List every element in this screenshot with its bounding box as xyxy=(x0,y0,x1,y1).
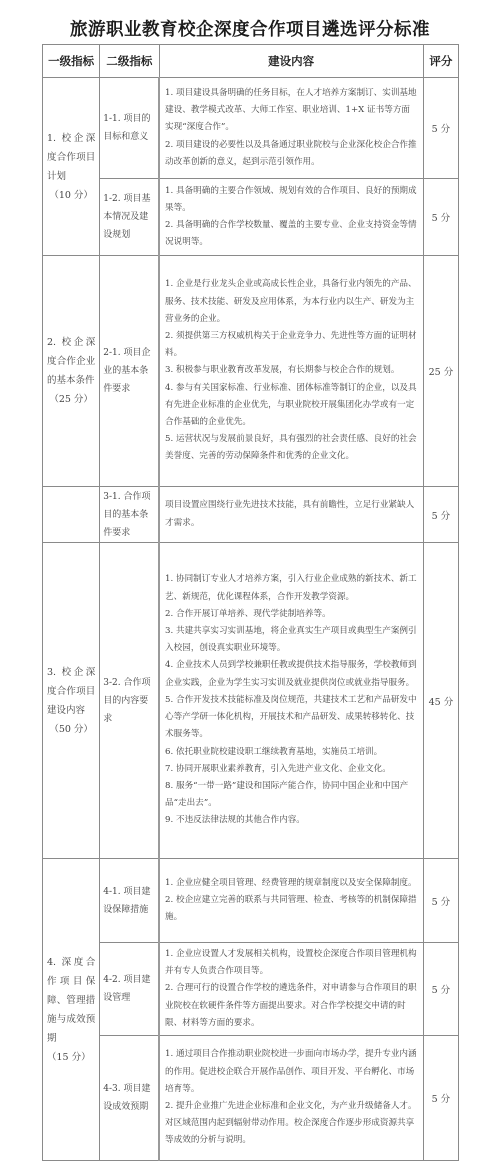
table-row: 4. 深度合作项目保障、管理措施与成效预期 （15 分） 4-1. 项目建设保障… xyxy=(43,859,459,943)
content-cell: 1. 企业应设置人才发展相关机构，设置校企深度合作项目管理机构并有专人负责合作项… xyxy=(159,943,423,1036)
content-item: 1. 企业应设置人才发展相关机构，设置校企深度合作项目管理机构并有专人负责合作项… xyxy=(165,946,418,980)
content-cell: 1. 企业应健全项目管理、经费管理的规章制度以及安全保障制度。 2. 校企应建立… xyxy=(159,859,423,943)
score-cell: 45 分 xyxy=(423,543,458,859)
header-level2: 二级指标 xyxy=(100,45,159,78)
content-cell: 1. 企业是行业龙头企业或高成长性企业，具备行业内领先的产品、服务、技术技能、研… xyxy=(159,256,423,487)
content-item: 4. 企业技术人员到学校兼职任教或提供技术指导服务，学校教师到企业实践，企业为学… xyxy=(165,657,418,691)
content-item: 2. 校企应建立完善的联系与共同管理、检查、考核等的机制保障措施。 xyxy=(165,892,418,926)
level2-cell: 4-1. 项目建设保障措施 xyxy=(100,859,159,943)
content-item: 1. 企业是行业龙头企业或高成长性企业，具备行业内领先的产品、服务、技术技能、研… xyxy=(165,276,418,328)
table-row: 4-3. 项目建设成效预期 1. 通过项目合作推动职业院校进一步面向市场办学，提… xyxy=(43,1036,459,1161)
level2-cell: 3-2. 合作项目的内容要求 xyxy=(100,543,159,859)
content-item: 2. 须提供第三方权威机构关于企业竞争力、先进性等方面的证明材料。 xyxy=(165,328,418,362)
content-cell: 项目设置应围绕行业先进技术技能，具有前瞻性，立足行业紧缺人才需求。 xyxy=(159,487,423,543)
score-cell: 5 分 xyxy=(423,78,458,179)
table-row: 2. 校企深度合作企业的基本条件 （25 分） 2-1. 项目企业的基本条件要求… xyxy=(43,256,459,487)
content-item: 9. 不违反法律法规的其他合作内容。 xyxy=(165,812,418,829)
scoring-table: 一级指标 二级指标 建设内容 评分 1. 校企深度合作项目计划 （10 分） 1… xyxy=(42,44,459,1161)
content-item: 2. 合理可行的设置合作学校的遴选条件，对申请参与合作项目的职业院校在软硬件条件… xyxy=(165,980,418,1032)
content-cell: 1. 项目建设具备明确的任务目标，在人才培养方案制订、实训基地建设、教学模式改革… xyxy=(159,78,423,179)
level1-label: 2. 校企深度合作企业的基本条件 xyxy=(47,333,95,390)
content-item: 2. 合作开展订单培养、现代学徒制培养等。 xyxy=(165,606,418,623)
content-item: 6. 依托职业院校建设职工继续教育基地，实施员工培训。 xyxy=(165,744,418,761)
level1-points: （15 分） xyxy=(47,1048,95,1067)
score-cell: 25 分 xyxy=(423,256,458,487)
level2-cell: 3-1. 合作项目的基本条件要求 xyxy=(100,487,159,543)
table-row: 1. 校企深度合作项目计划 （10 分） 1-1. 项目的目标和意义 1. 项目… xyxy=(43,78,459,179)
content-cell: 1. 协同制订专业人才培养方案，引入行业企业成熟的新技术、新工艺、新规范，优化课… xyxy=(159,543,423,859)
level1-cell: 4. 深度合作项目保障、管理措施与成效预期 （15 分） xyxy=(43,859,100,1161)
header-score: 评分 xyxy=(423,45,458,78)
content-item: 1. 协同制订专业人才培养方案，引入行业企业成熟的新技术、新工艺、新规范，优化课… xyxy=(165,571,418,605)
content-item: 1. 具备明确的主要合作领域、规划有效的合作项目、良好的预期成果等。 xyxy=(165,183,418,217)
level1-points: （50 分） xyxy=(47,720,95,739)
header-content: 建设内容 xyxy=(159,45,423,78)
level1-label: 1. 校企深度合作项目计划 xyxy=(47,129,95,186)
content-item: 1. 项目建设具备明确的任务目标，在人才培养方案制订、实训基地建设、教学模式改革… xyxy=(165,85,418,137)
score-cell: 5 分 xyxy=(423,859,458,943)
content-item: 7. 协同开展职业素养教育，引入先进产业文化、企业文化。 xyxy=(165,761,418,778)
level2-cell: 4-3. 项目建设成效预期 xyxy=(100,1036,159,1161)
content-item: 8. 服务“一带一路”建设和国际产能合作，协同中国企业和中国产品“走出去”。 xyxy=(165,778,418,812)
level1-points: （10 分） xyxy=(47,186,95,205)
content-item: 2. 提升企业推广先进企业标准和企业文化，为产业升级储备人才。对区域范围内起到辐… xyxy=(165,1098,418,1150)
level2-cell: 2-1. 项目企业的基本条件要求 xyxy=(100,256,159,487)
score-cell: 5 分 xyxy=(423,943,458,1036)
content-item: 4. 参与有关国家标准、行业标准、团体标准等制订的企业，以及具有先进企业标准的企… xyxy=(165,380,418,432)
level1-label: 4. 深度合作项目保障、管理措施与成效预期 xyxy=(47,953,95,1048)
score-cell: 5 分 xyxy=(423,179,458,256)
level2-cell: 4-2. 项目建设管理 xyxy=(100,943,159,1036)
level2-cell: 1-1. 项目的目标和意义 xyxy=(100,78,159,179)
content-cell: 1. 通过项目合作推动职业院校进一步面向市场办学，提升专业内涵的作用。促进校企联… xyxy=(159,1036,423,1161)
score-cell: 5 分 xyxy=(423,487,458,543)
content-cell: 1. 具备明确的主要合作领域、规划有效的合作项目、良好的预期成果等。 2. 具备… xyxy=(159,179,423,256)
level1-points: （25 分） xyxy=(47,390,95,409)
document-title: 旅游职业教育校企深度合作项目遴选评分标准 xyxy=(0,16,500,41)
level1-cell: 1. 校企深度合作项目计划 （10 分） xyxy=(43,78,100,256)
table-row: 4-2. 项目建设管理 1. 企业应设置人才发展相关机构，设置校企深度合作项目管… xyxy=(43,943,459,1036)
content-item: 1. 通过项目合作推动职业院校进一步面向市场办学，提升专业内涵的作用。促进校企联… xyxy=(165,1046,418,1098)
score-cell: 5 分 xyxy=(423,1036,458,1161)
header-level1: 一级指标 xyxy=(43,45,100,78)
table-header-row: 一级指标 二级指标 建设内容 评分 xyxy=(43,45,459,78)
content-item: 2. 具备明确的合作学校数量、覆盖的主要专业、企业支持资金等情况说明等。 xyxy=(165,217,418,251)
content-item: 3. 共建共享实习实训基地，将企业真实生产项目或典型生产案例引入校园，创设真实职… xyxy=(165,623,418,657)
content-item: 5. 运营状况与发展前景良好，具有强烈的社会责任感、良好的社会美誉度、完善的劳动… xyxy=(165,431,418,465)
content-item: 5. 合作开发技术技能标准及岗位规范，共建技术工艺和产品研发中心等产学研一体化机… xyxy=(165,692,418,744)
table-row: 3. 校企深度合作项目建设内容 （50 分） 3-2. 合作项目的内容要求 1.… xyxy=(43,543,459,859)
level1-cell-empty xyxy=(43,487,100,543)
table-row: 3-1. 合作项目的基本条件要求 项目设置应围绕行业先进技术技能，具有前瞻性，立… xyxy=(43,487,459,543)
content-item: 项目设置应围绕行业先进技术技能，具有前瞻性，立足行业紧缺人才需求。 xyxy=(165,497,418,531)
content-item: 3. 积极参与职业教育改革发展，有长期参与校企合作的规划。 xyxy=(165,362,418,379)
level2-cell: 1-2. 项目基本情况及建设规划 xyxy=(100,179,159,256)
level1-cell: 3. 校企深度合作项目建设内容 （50 分） xyxy=(43,543,100,859)
content-item: 2. 项目建设的必要性以及具备通过职业院校与企业深化校企合作推动改革创新的意义，… xyxy=(165,137,418,171)
table-row: 1-2. 项目基本情况及建设规划 1. 具备明确的主要合作领域、规划有效的合作项… xyxy=(43,179,459,256)
level1-label: 3. 校企深度合作项目建设内容 xyxy=(47,663,95,720)
level1-cell: 2. 校企深度合作企业的基本条件 （25 分） xyxy=(43,256,100,487)
content-item: 1. 企业应健全项目管理、经费管理的规章制度以及安全保障制度。 xyxy=(165,875,418,892)
